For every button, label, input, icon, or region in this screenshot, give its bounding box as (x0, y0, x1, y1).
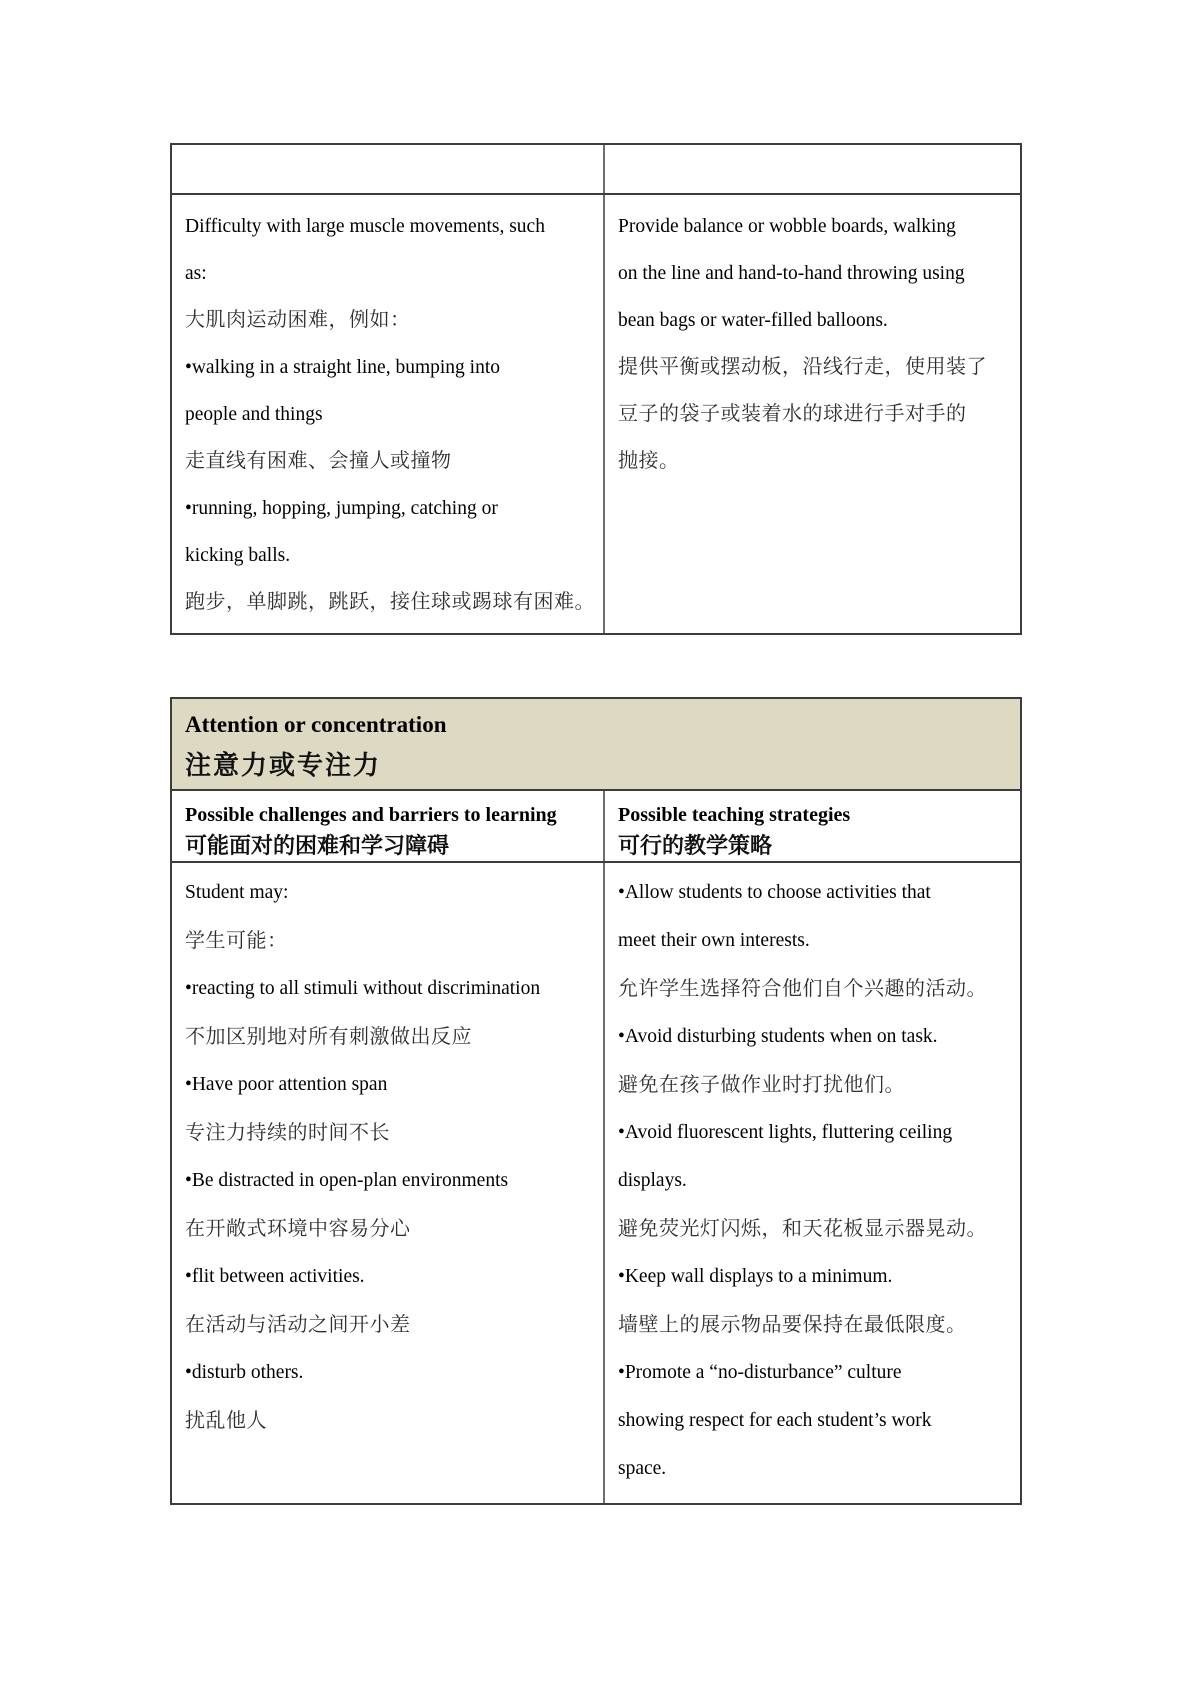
text-line: 在活动与活动之间开小差 (185, 1301, 591, 1349)
text-line: •Promote a “no-disturbance” culture (618, 1349, 1008, 1397)
text-line: •disturb others. (185, 1349, 591, 1397)
text-line: •Be distracted in open-plan environments (185, 1157, 591, 1205)
table1-strategies-cell: Provide balance or wobble boards, walkin… (605, 195, 1020, 633)
text-line: Provide balance or wobble boards, walkin… (618, 203, 1008, 250)
text-line: •walking in a straight line, bumping int… (185, 344, 591, 391)
table1-challenges-cell: Difficulty with large muscle movements, … (172, 195, 605, 633)
text-line: people and things (185, 391, 591, 438)
challenges-header-chinese: 可能面对的困难和学习障碍 (185, 830, 593, 861)
text-line: 不加区别地对所有刺激做出反应 (185, 1013, 591, 1061)
text-line: 扰乱他人 (185, 1397, 591, 1445)
text-line: bean bags or water-filled balloons. (618, 297, 1008, 344)
text-line: •Avoid fluorescent lights, fluttering ce… (618, 1109, 1008, 1157)
strategies-header-chinese: 可行的教学策略 (618, 830, 1010, 861)
text-line: •reacting to all stimuli without discrim… (185, 965, 591, 1013)
strategies-header-english: Possible teaching strategies (618, 800, 1010, 830)
text-line: •Keep wall displays to a minimum. (618, 1253, 1008, 1301)
text-line: 在开敞式环境中容易分心 (185, 1205, 591, 1253)
text-line: showing respect for each student’s work (618, 1397, 1008, 1445)
text-line: displays. (618, 1157, 1008, 1205)
text-line: 学生可能： (185, 917, 591, 965)
text-line: •running, hopping, jumping, catching or (185, 485, 591, 532)
text-line: Student may: (185, 869, 591, 917)
text-line: meet their own interests. (618, 917, 1008, 965)
text-line: 豆子的袋子或装着水的球进行手对手的 (618, 391, 1008, 438)
challenges-column-header-cell: Possible challenges and barriers to lear… (172, 791, 605, 861)
text-line: •Avoid disturbing students when on task. (618, 1013, 1008, 1061)
text-line: 专注力持续的时间不长 (185, 1109, 591, 1157)
text-line: 避免荧光灯闪烁，和天花板显示器晃动。 (618, 1205, 1008, 1253)
table1-body-row: Difficulty with large muscle movements, … (172, 195, 1020, 633)
section-title-chinese: 注意力或专注力 (185, 744, 1020, 788)
text-line: 避免在孩子做作业时打扰他们。 (618, 1061, 1008, 1109)
challenges-header-english: Possible challenges and barriers to lear… (185, 800, 593, 830)
attention-table: Attention or concentration 注意力或专注力 Possi… (170, 697, 1022, 1505)
text-line: as: (185, 250, 591, 297)
column-header-row: Possible challenges and barriers to lear… (172, 791, 1020, 863)
gross-motor-table: Difficulty with large muscle movements, … (170, 143, 1022, 635)
section-header-row: Attention or concentration 注意力或专注力 (172, 699, 1020, 791)
table2-strategies-cell: •Allow students to choose activities tha… (605, 863, 1020, 1503)
text-line: •Allow students to choose activities tha… (618, 869, 1008, 917)
text-line: kicking balls. (185, 532, 591, 579)
text-line: 允许学生选择符合他们自个兴趣的活动。 (618, 965, 1008, 1013)
table1-empty-header-right-cell (605, 145, 1020, 193)
text-line: on the line and hand-to-hand throwing us… (618, 250, 1008, 297)
text-line: 抛接。 (618, 438, 1008, 485)
table1-empty-header-row (172, 145, 1020, 195)
text-line: •Have poor attention span (185, 1061, 591, 1109)
text-line: 墙壁上的展示物品要保持在最低限度。 (618, 1301, 1008, 1349)
text-line: 跑步，单脚跳，跳跃，接住球或踢球有困难。 (185, 579, 591, 626)
text-line: 走直线有困难、会撞人或撞物 (185, 438, 591, 485)
table2-body-row: Student may:学生可能：•reacting to all stimul… (172, 863, 1020, 1503)
text-line: Difficulty with large muscle movements, … (185, 203, 591, 250)
table1-empty-header-left-cell (172, 145, 605, 193)
text-line: 大肌肉运动困难，例如： (185, 297, 591, 344)
text-line: space. (618, 1445, 1008, 1493)
text-line: 提供平衡或摆动板，沿线行走，使用装了 (618, 344, 1008, 391)
section-title-english: Attention or concentration (185, 706, 1020, 744)
document-page: Difficulty with large muscle movements, … (0, 0, 1190, 1683)
table2-challenges-cell: Student may:学生可能：•reacting to all stimul… (172, 863, 605, 1503)
text-line: •flit between activities. (185, 1253, 591, 1301)
strategies-column-header-cell: Possible teaching strategies 可行的教学策略 (605, 791, 1020, 861)
